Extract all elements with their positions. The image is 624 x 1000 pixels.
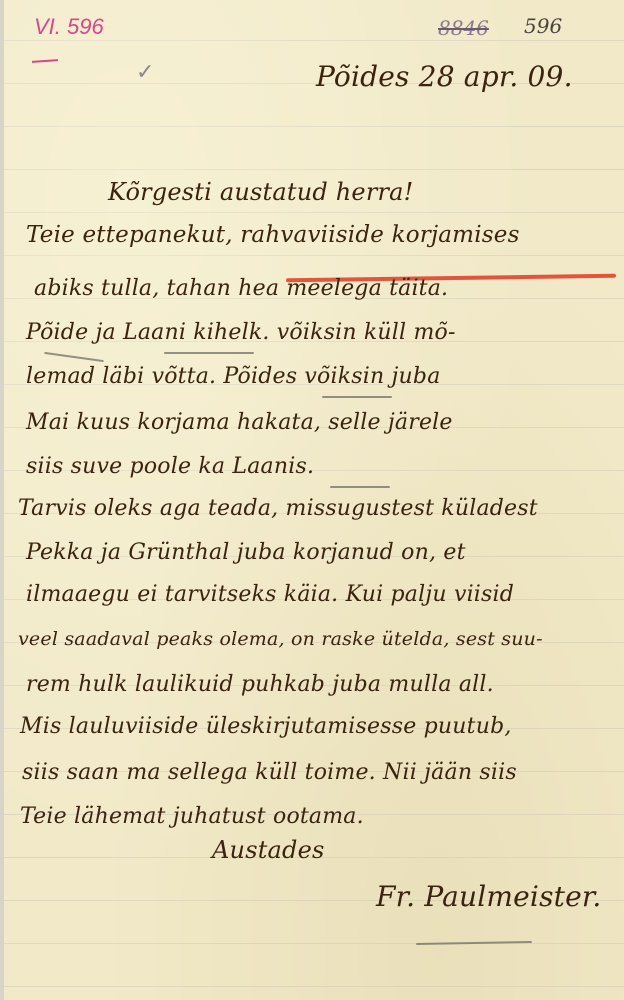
- body-line: Teie ettepanekut, rahvaviiside korjamise…: [26, 222, 520, 248]
- signature: Fr. Paulmeister.: [376, 880, 601, 913]
- body-line: siis saan ma sellega küll toime. Nii jää…: [22, 760, 517, 785]
- struck-archive-number: 8846: [438, 16, 489, 40]
- signature-underline: [416, 941, 532, 945]
- place-date: Põides 28 apr. 09.: [316, 60, 573, 93]
- body-line: veel saadaval peaks olema, on raske ütel…: [18, 628, 543, 650]
- grey-underline: [44, 352, 104, 362]
- closing: Austades: [212, 836, 325, 864]
- grey-underline: [164, 352, 254, 354]
- letter-page: VI. 596 8846 596 ✓ Põides 28 apr. 09. Kõ…: [0, 0, 624, 1000]
- archive-reference: VI. 596: [34, 14, 104, 40]
- check-mark-icon: ✓: [136, 60, 154, 85]
- body-line: Mai kuus korjama hakata, selle järele: [26, 410, 453, 435]
- body-line: Mis lauluviiside üleskirjutamisesse puut…: [20, 714, 512, 739]
- body-line: abiks tulla, tahan hea meelega täita.: [34, 276, 448, 301]
- salutation: Kõrgesti austatud herra!: [108, 178, 414, 206]
- grey-underline: [330, 486, 390, 488]
- archive-reference-underline: [32, 59, 58, 63]
- body-line: rem hulk laulikuid puhkab juba mulla all…: [26, 672, 494, 697]
- body-line: Teie lähemat juhatust ootama.: [20, 804, 364, 829]
- grey-underline: [322, 396, 392, 398]
- body-line: siis suve poole ka Laanis.: [26, 454, 314, 479]
- body-line: Pekka ja Grünthal juba korjanud on, et: [26, 540, 466, 565]
- body-line: Põide ja Laani kihelk. võiksin küll mõ-: [26, 320, 456, 345]
- archive-number: 596: [524, 14, 562, 38]
- body-line: lemad läbi võtta. Põides võiksin juba: [26, 364, 441, 389]
- body-line: ilmaaegu ei tarvitseks käia. Kui palju v…: [26, 582, 514, 607]
- body-line: Tarvis oleks aga teada, missugustest kül…: [18, 496, 538, 521]
